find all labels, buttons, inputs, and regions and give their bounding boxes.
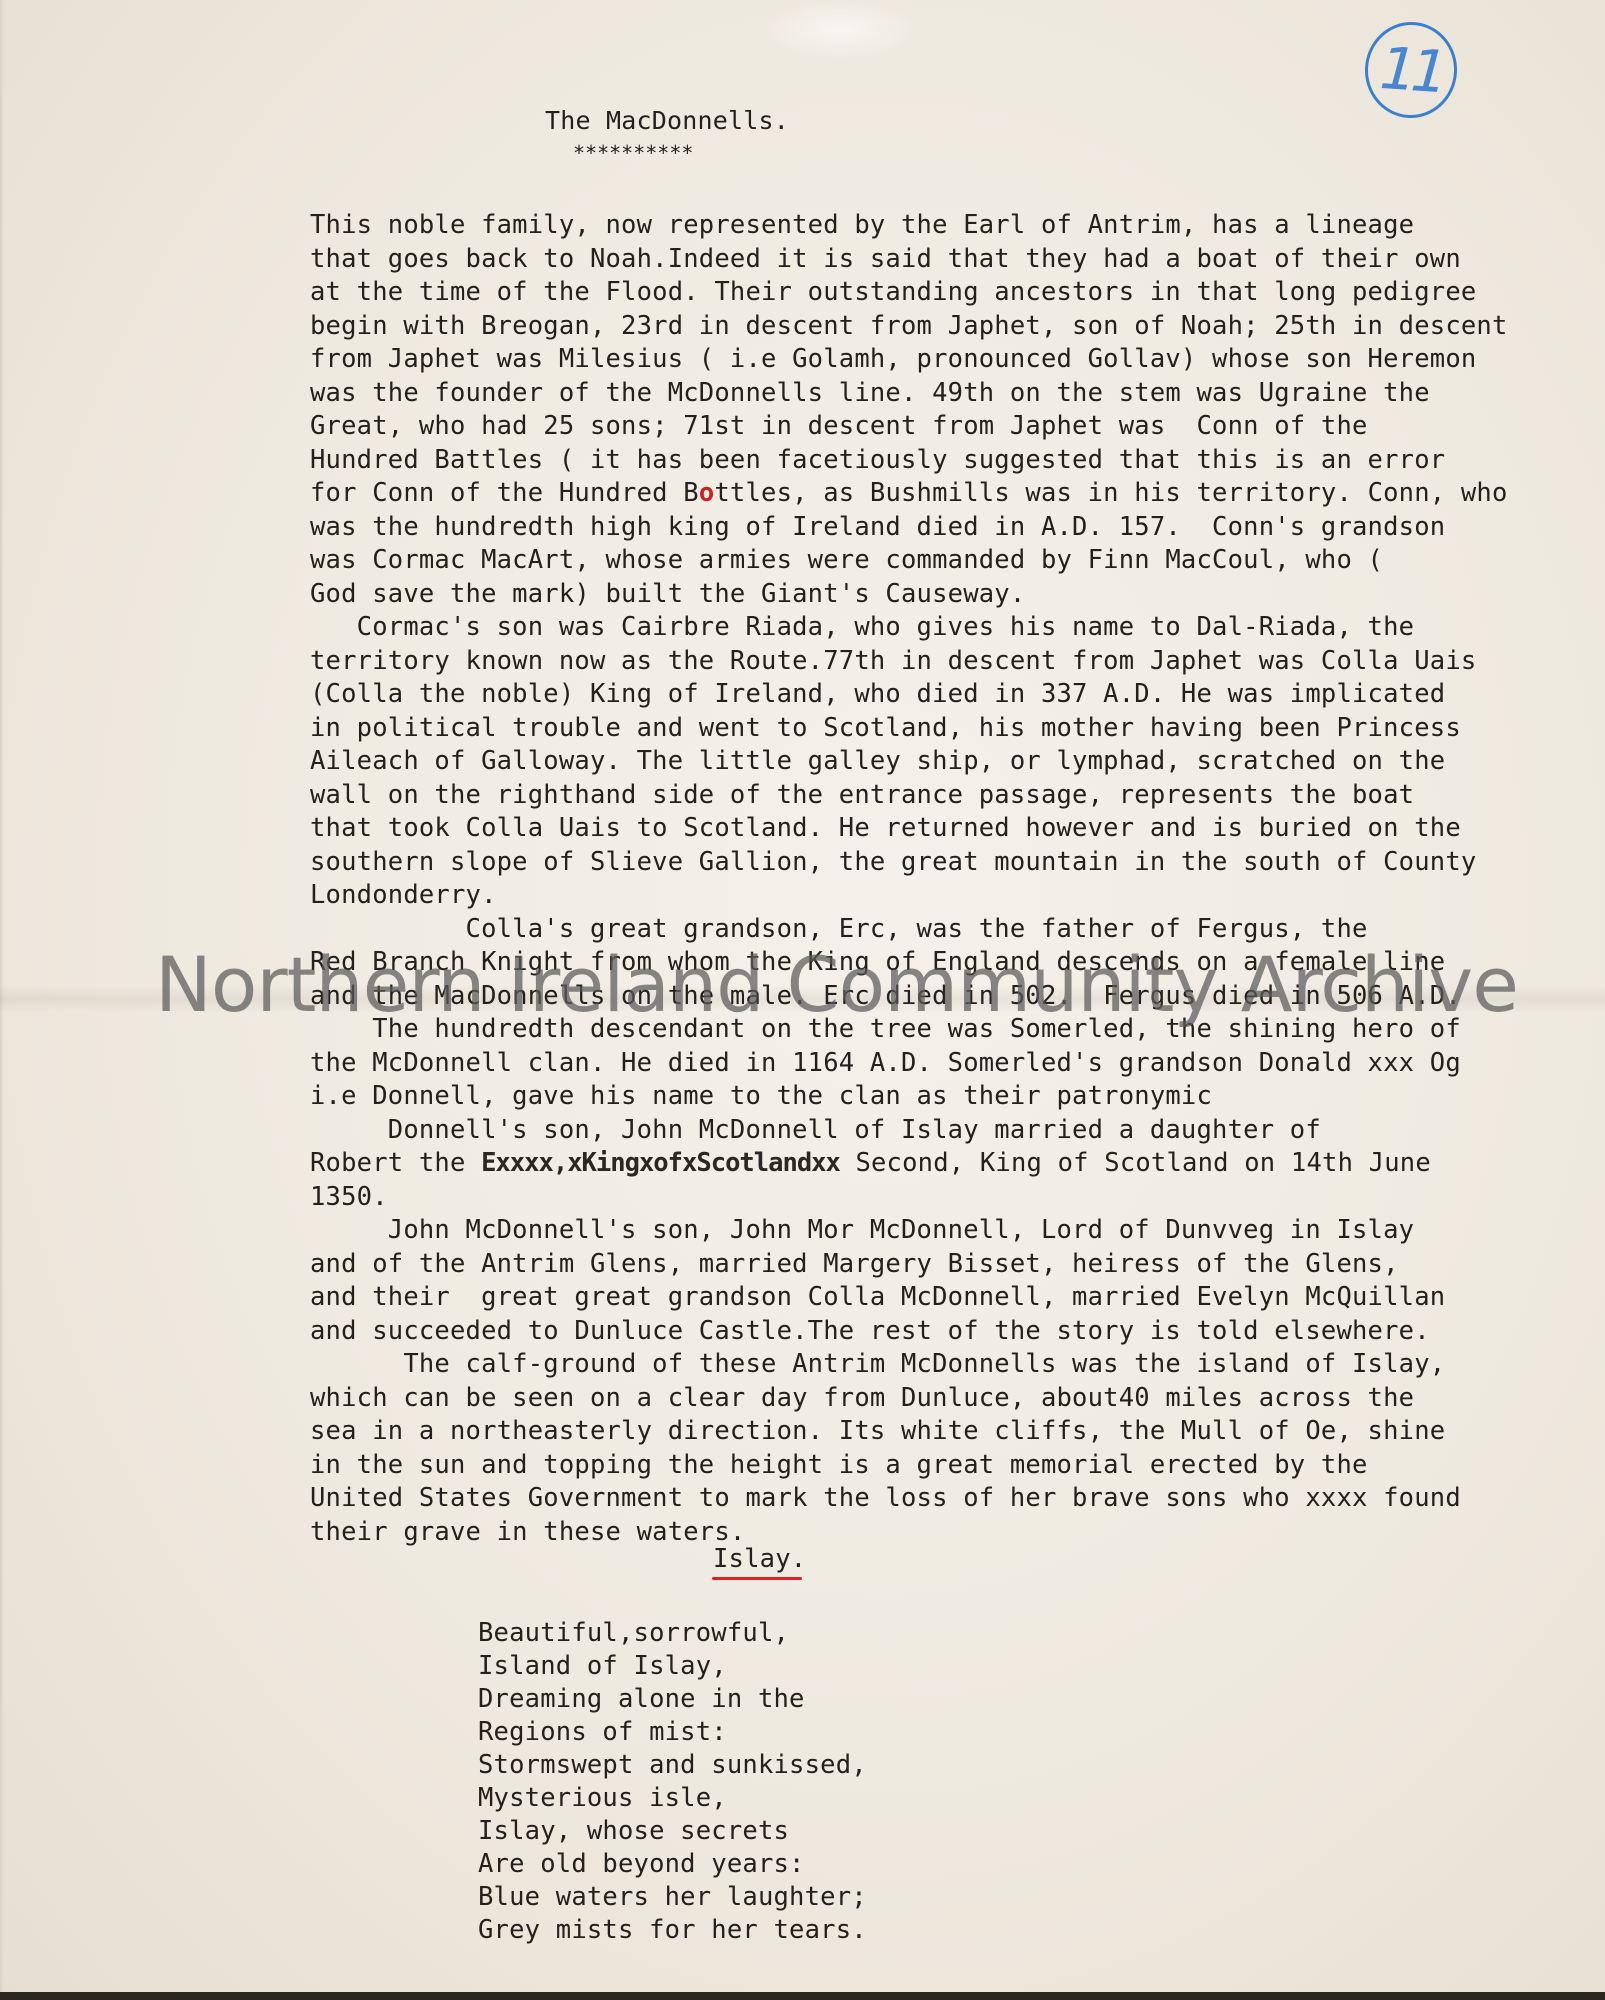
poem-line: Regions of mist: <box>478 1717 727 1747</box>
body-line-bottles: for Conn of the Hundred Bottles, as Bush… <box>310 478 1508 508</box>
poem-line: Islay, whose secrets <box>478 1816 789 1846</box>
document-title: The MacDonnells. <box>545 106 789 136</box>
body-line: was Cormac MacArt, whose armies were com… <box>310 545 1383 575</box>
struck-through-text: Exxxx,xKingxofxScotlandxx <box>481 1148 840 1178</box>
poem-line: Island of Islay, <box>478 1651 727 1681</box>
body-line: territory known now as the Route.77th in… <box>310 646 1476 676</box>
paper-stain <box>760 0 920 60</box>
scan-border <box>0 1992 1605 2000</box>
page-number-circle: 11 <box>1362 19 1460 121</box>
body-line: wall on the righthand side of the entran… <box>310 780 1414 810</box>
body-line: Red Branch Knight from whom the King of … <box>310 947 1445 977</box>
body-line: and their great great grandson Colla McD… <box>310 1282 1445 1312</box>
body-line: i.e Donnell, gave his name to the clan a… <box>310 1081 1212 1111</box>
poem-line: Dreaming alone in the <box>478 1684 805 1714</box>
body-line: Cormac's son was Cairbre Riada, who give… <box>310 612 1414 642</box>
body-line: Hundred Battles ( it has been facetiousl… <box>310 445 1445 475</box>
poem-line: Beautiful,sorrowful, <box>478 1618 789 1648</box>
poem-line: Stormswept and sunkissed, <box>478 1750 867 1780</box>
body-line: This noble family, now represented by th… <box>310 210 1414 240</box>
body-line: John McDonnell's son, John Mor McDonnell… <box>310 1215 1414 1245</box>
title-ornament: ********** <box>573 138 693 168</box>
body-line: Colla's great grandson, Erc, was the fat… <box>310 914 1368 944</box>
body-line: their grave in these waters. <box>310 1517 745 1547</box>
poem-line: Mysterious isle, <box>478 1783 727 1813</box>
poem-line: Blue waters her laughter; <box>478 1882 867 1912</box>
body-line: 1350. <box>310 1182 388 1212</box>
body-line: sea in a northeasterly direction. Its wh… <box>310 1416 1445 1446</box>
body-line: (Colla the noble) King of Ireland, who d… <box>310 679 1445 709</box>
body-line: southern slope of Slieve Gallion, the gr… <box>310 847 1476 877</box>
body-line: and of the Antrim Glens, married Margery… <box>310 1249 1399 1279</box>
body-line-robert: Robert the Exxxx,xKingxofxScotlandxx Sec… <box>310 1148 1431 1178</box>
body-line: in the sun and topping the height is a g… <box>310 1450 1368 1480</box>
body-line: the McDonnell clan. He died in 1164 A.D.… <box>310 1048 1461 1078</box>
body-line: The hundredth descendant on the tree was… <box>310 1014 1461 1044</box>
body-line: United States Government to mark the los… <box>310 1483 1461 1513</box>
body-line: Londonderry. <box>310 880 497 910</box>
body-line: that took Colla Uais to Scotland. He ret… <box>310 813 1461 843</box>
poem-title-underline <box>712 1577 802 1580</box>
body-line: and succeeded to Dunluce Castle.The rest… <box>310 1316 1430 1346</box>
body-line: and the MacDonnells on the male. Erc die… <box>310 981 1461 1011</box>
body-line: from Japhet was Milesius ( i.e Golamh, p… <box>310 344 1476 374</box>
body-line: at the time of the Flood. Their outstand… <box>310 277 1476 307</box>
body-line: begin with Breogan, 23rd in descent from… <box>310 311 1508 341</box>
body-line: The calf-ground of these Antrim McDonnel… <box>310 1349 1445 1379</box>
body-line: which can be seen on a clear day from Du… <box>310 1383 1414 1413</box>
body-line: Aileach of Galloway. The little galley s… <box>310 746 1445 776</box>
body-line: Donnell's son, John McDonnell of Islay m… <box>310 1115 1321 1145</box>
poem-line: Grey mists for her tears. <box>478 1915 867 1945</box>
body-line: was the founder of the McDonnells line. … <box>310 378 1430 408</box>
body-line: was the hundredth high king of Ireland d… <box>310 512 1445 542</box>
red-correction-mark: o <box>699 478 715 508</box>
poem-line: Are old beyond years: <box>478 1849 805 1879</box>
body-line: God save the mark) built the Giant's Cau… <box>310 579 1025 609</box>
body-line: that goes back to Noah.Indeed it is said… <box>310 244 1461 274</box>
poem-title: Islay. <box>713 1544 806 1574</box>
body-line: in political trouble and went to Scotlan… <box>310 713 1461 743</box>
page-number: 11 <box>1378 34 1444 106</box>
body-line: Great, who had 25 sons; 71st in descent … <box>310 411 1368 441</box>
